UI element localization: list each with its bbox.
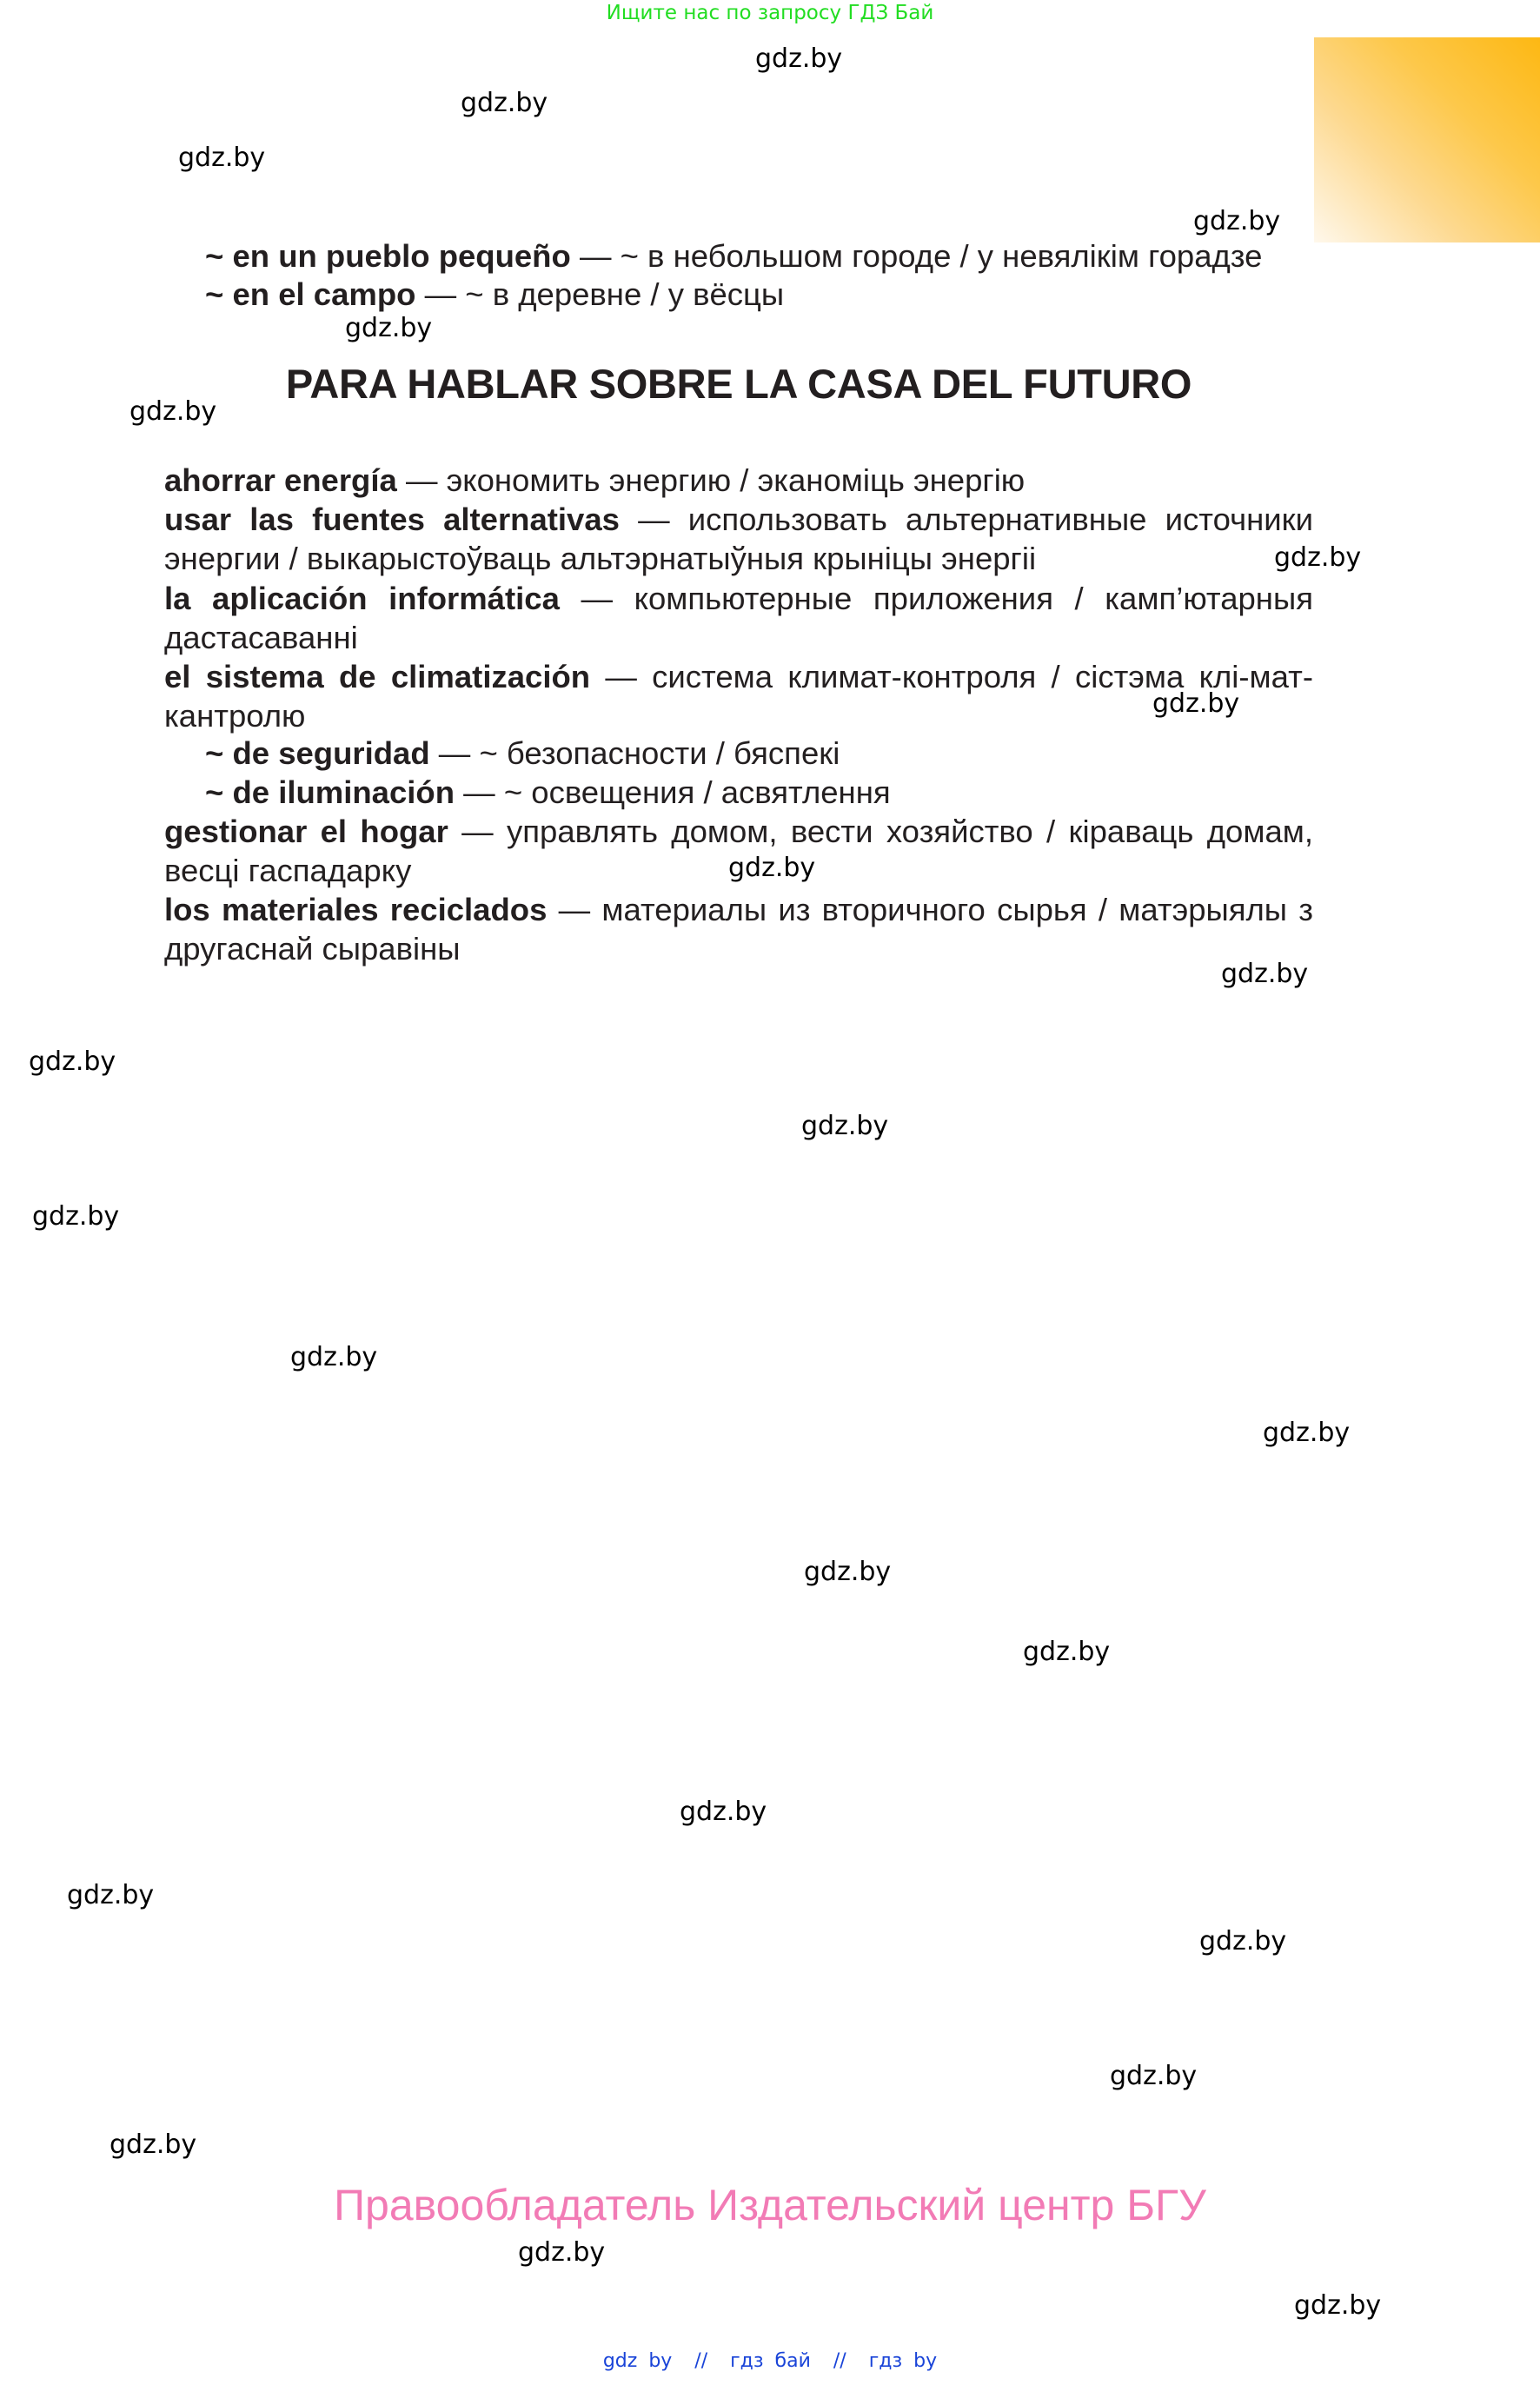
entry-term: los materiales reciclados (164, 892, 547, 927)
watermark: gdz.by (755, 43, 842, 75)
vocab-entry: el sistema de climatización — система кл… (164, 657, 1313, 736)
search-banner: Ищите нас по запросу ГДЗ Бай (0, 2, 1540, 24)
watermark: gdz.by (728, 853, 815, 884)
watermark: gdz.by (804, 1557, 891, 1588)
vocab-entry-sub: ~ de seguridad — ~ безопасности / бяспек… (205, 734, 840, 773)
entry-translation: ~ в деревне / у вёсцы (465, 276, 784, 312)
entry-translation: ~ безопасности / бяспекі (479, 735, 840, 771)
entry-term: la aplicación informática (164, 581, 560, 616)
entry-translation: экономить энергию / эканоміць энергію (447, 462, 1026, 498)
watermark: gdz.by (1110, 2061, 1197, 2092)
entry-term: ~ en el campo (205, 276, 415, 312)
entry-dash: — (580, 238, 612, 274)
entry-term: usar las fuentes alternativas (164, 502, 620, 537)
watermark: gdz.by (1221, 959, 1308, 990)
watermark: gdz.by (1274, 542, 1361, 574)
entry-dash: — (463, 774, 495, 810)
watermark: gdz.by (129, 396, 216, 428)
watermark: gdz.by (67, 1880, 154, 1911)
vocab-entry-sub: ~ de iluminación — ~ освещения / асвятле… (205, 773, 891, 812)
entry-term: el sistema de climatización (164, 659, 590, 694)
vocab-entry: los materiales reciclados — материалы из… (164, 890, 1313, 969)
entry-dash: — (461, 814, 494, 849)
watermark: gdz.by (801, 1111, 888, 1142)
watermark: gdz.by (1294, 2290, 1381, 2322)
section-title: PARA HABLAR SOBRE LA CASA DEL FUTURO (0, 360, 1477, 408)
watermark: gdz.by (345, 313, 432, 344)
vocab-entry-sub: ~ en un pueblo pequeño — ~ в небольшом г… (205, 236, 1262, 276)
entry-translation: ~ освещения / асвятлення (504, 774, 891, 810)
entry-dash: — (559, 892, 591, 927)
corner-decoration (1314, 37, 1540, 242)
vocab-entry: usar las fuentes alternativas — использо… (164, 500, 1313, 579)
entry-dash: — (439, 735, 471, 771)
vocab-entry-sub: ~ en el campo — ~ в деревне / у вёсцы (205, 275, 784, 314)
entry-dash: — (581, 581, 613, 616)
watermark: gdz.by (1263, 1418, 1350, 1449)
watermark: gdz.by (32, 1201, 119, 1232)
entry-term: ~ en un pueblo pequeño (205, 238, 571, 274)
footer-links[interactable]: gdz by // гдз бай // гдз by (0, 2350, 1540, 2372)
watermark: gdz.by (1152, 688, 1239, 720)
watermark: gdz.by (178, 143, 265, 174)
watermark: gdz.by (1023, 1637, 1110, 1668)
watermark: gdz.by (290, 1342, 377, 1373)
entry-translation: ~ в небольшом городе / у невялікім горад… (621, 238, 1263, 274)
copyright-notice: Правообладатель Издательский центр БГУ (0, 2180, 1540, 2230)
watermark: gdz.by (110, 2129, 196, 2161)
entry-term: ~ de seguridad (205, 735, 430, 771)
entry-term: ahorrar energía (164, 462, 397, 498)
watermark: gdz.by (1199, 1926, 1286, 1957)
vocab-entry: ahorrar energía — экономить энергию / эк… (164, 461, 1313, 500)
watermark: gdz.by (461, 88, 548, 119)
watermark: gdz.by (29, 1046, 116, 1078)
entry-dash: — (638, 502, 670, 537)
watermark: gdz.by (1193, 206, 1280, 237)
vocab-entry: la aplicación informática — компьютерные… (164, 579, 1313, 658)
watermark: gdz.by (518, 2237, 605, 2269)
entry-dash: — (605, 659, 637, 694)
entry-dash: — (406, 462, 438, 498)
watermark: gdz.by (680, 1797, 767, 1828)
entry-dash: — (425, 276, 457, 312)
entry-term: gestionar el hogar (164, 814, 448, 849)
entry-term: ~ de iluminación (205, 774, 455, 810)
